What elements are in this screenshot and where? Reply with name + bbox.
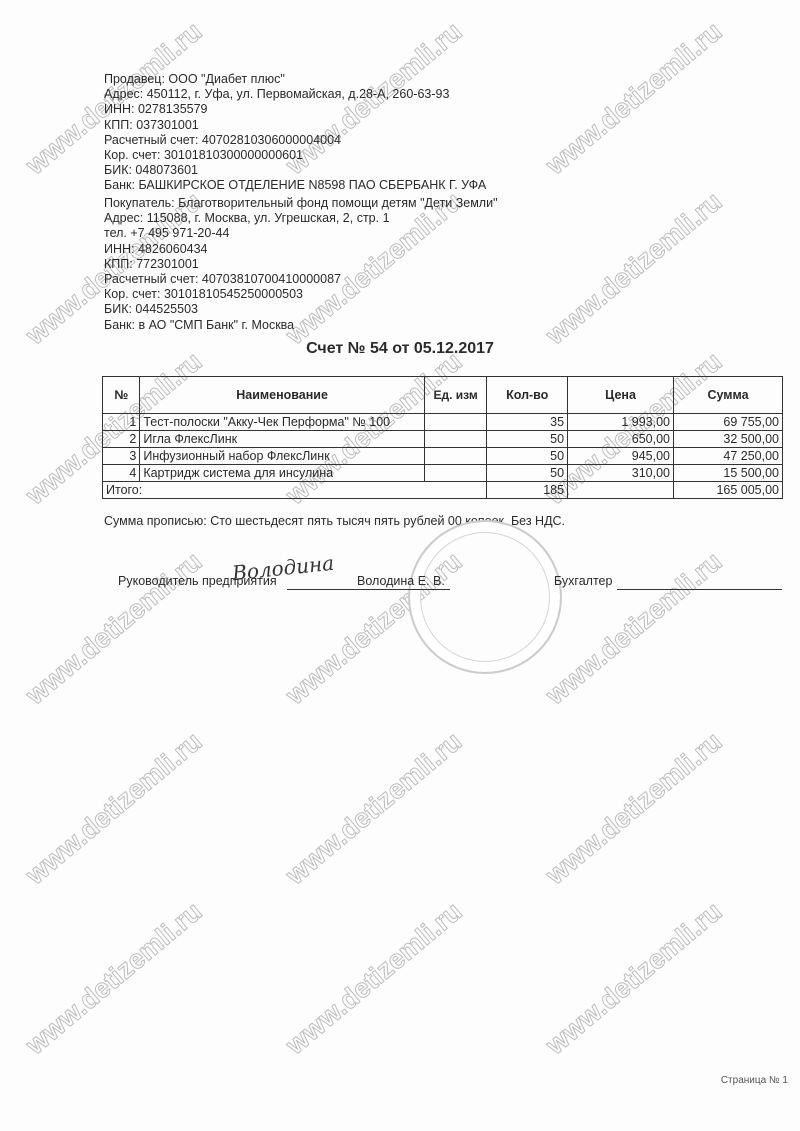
table-row: 4Картридж система для инсулина50310,0015… — [103, 465, 783, 482]
seller-details: Продавец: ООО "Диабет плюс" Адрес: 45011… — [104, 72, 486, 194]
invoice-title: Счет № 54 от 05.12.2017 — [0, 340, 800, 358]
col-sum: Сумма — [674, 377, 783, 414]
seller-address: Адрес: 450112, г. Уфа, ул. Первомайская,… — [104, 87, 486, 102]
row-no: 2 — [103, 431, 140, 448]
buyer-kpp: КПП: 772301001 — [104, 257, 498, 272]
watermark-text: www.detizemli.ru — [540, 726, 728, 891]
row-sum: 69 755,00 — [674, 414, 783, 431]
total-label: Итого: — [103, 482, 487, 499]
accountant-label: Бухгалтер — [554, 574, 612, 588]
total-sum: 165 005,00 — [674, 482, 783, 499]
buyer-bik: БИК: 044525503 — [104, 302, 498, 317]
row-qty: 50 — [487, 448, 568, 465]
director-signature-line — [287, 589, 450, 590]
invoice-table: № Наименование Ед. изм Кол-во Цена Сумма… — [102, 376, 783, 499]
buyer-address: Адрес: 115088, г. Москва, ул. Угрешская,… — [104, 211, 498, 226]
row-unit — [424, 448, 487, 465]
total-row: Итого: 185 165 005,00 — [103, 482, 783, 499]
row-no: 3 — [103, 448, 140, 465]
total-qty: 185 — [487, 482, 568, 499]
row-unit — [424, 414, 487, 431]
table-row: 1Тест-полоски "Акку-Чек Перформа" № 1003… — [103, 414, 783, 431]
row-name: Картридж система для инсулина — [140, 465, 425, 482]
row-qty: 35 — [487, 414, 568, 431]
seller-corr-account: Кор. счет: 30101810300000000601 — [104, 148, 486, 163]
watermark-text: www.detizemli.ru — [20, 896, 208, 1061]
row-name: Тест-полоски "Акку-Чек Перформа" № 100 — [140, 414, 425, 431]
director-signature: Володина — [231, 551, 335, 586]
buyer-corr-account: Кор. счет: 30101810545250000503 — [104, 287, 498, 302]
seller-kpp: КПП: 037301001 — [104, 118, 486, 133]
row-unit — [424, 431, 487, 448]
col-no: № — [103, 377, 140, 414]
seller-bik: БИК: 048073601 — [104, 163, 486, 178]
col-price: Цена — [568, 377, 674, 414]
buyer-inn: ИНН: 4826060434 — [104, 242, 498, 257]
table-row: 3Инфузионный набор ФлексЛинк50945,0047 2… — [103, 448, 783, 465]
watermark-text: www.detizemli.ru — [280, 896, 468, 1061]
row-price: 650,00 — [568, 431, 674, 448]
row-name: Инфузионный набор ФлексЛинк — [140, 448, 425, 465]
seller-inn: ИНН: 0278135579 — [104, 102, 486, 117]
watermark-text: www.detizemli.ru — [20, 546, 208, 711]
row-price: 1 993,00 — [568, 414, 674, 431]
col-name: Наименование — [140, 377, 425, 414]
watermark-text: www.detizemli.ru — [280, 726, 468, 891]
buyer-details: Покупатель: Благотворительный фонд помощ… — [104, 196, 498, 333]
row-no: 1 — [103, 414, 140, 431]
seller-bank: Банк: БАШКИРСКОЕ ОТДЕЛЕНИЕ N8598 ПАО СБЕ… — [104, 178, 486, 193]
row-price: 310,00 — [568, 465, 674, 482]
buyer-bank: Банк: в АО "СМП Банк" г. Москва — [104, 318, 498, 333]
table-header-row: № Наименование Ед. изм Кол-во Цена Сумма — [103, 377, 783, 414]
watermark-text: www.detizemli.ru — [540, 896, 728, 1061]
buyer-name: Покупатель: Благотворительный фонд помощ… — [104, 196, 498, 211]
row-qty: 50 — [487, 465, 568, 482]
accountant-signature-line — [617, 589, 782, 590]
row-sum: 47 250,00 — [674, 448, 783, 465]
row-name: Игла ФлексЛинк — [140, 431, 425, 448]
row-no: 4 — [103, 465, 140, 482]
row-unit — [424, 465, 487, 482]
director-name: Володина Е. В. — [357, 574, 445, 588]
page-number: Страница № 1 — [721, 1075, 788, 1086]
row-sum: 32 500,00 — [674, 431, 783, 448]
col-qty: Кол-во — [487, 377, 568, 414]
row-qty: 50 — [487, 431, 568, 448]
buyer-account: Расчетный счет: 40703810700410000087 — [104, 272, 498, 287]
row-sum: 15 500,00 — [674, 465, 783, 482]
watermark-text: www.detizemli.ru — [20, 726, 208, 891]
seller-name: Продавец: ООО "Диабет плюс" — [104, 72, 486, 87]
watermark-text: www.detizemli.ru — [540, 16, 728, 181]
watermark-text: www.detizemli.ru — [540, 186, 728, 351]
table-row: 2Игла ФлексЛинк50650,0032 500,00 — [103, 431, 783, 448]
invoice-page: www.detizemli.ruwww.detizemli.ruwww.deti… — [0, 0, 800, 1131]
row-price: 945,00 — [568, 448, 674, 465]
buyer-phone: тел. +7 495 971-20-44 — [104, 226, 498, 241]
total-empty — [568, 482, 674, 499]
company-stamp — [408, 520, 562, 674]
seller-account: Расчетный счет: 40702810306000004004 — [104, 133, 486, 148]
col-unit: Ед. изм — [424, 377, 487, 414]
watermark-text: www.detizemli.ru — [540, 546, 728, 711]
